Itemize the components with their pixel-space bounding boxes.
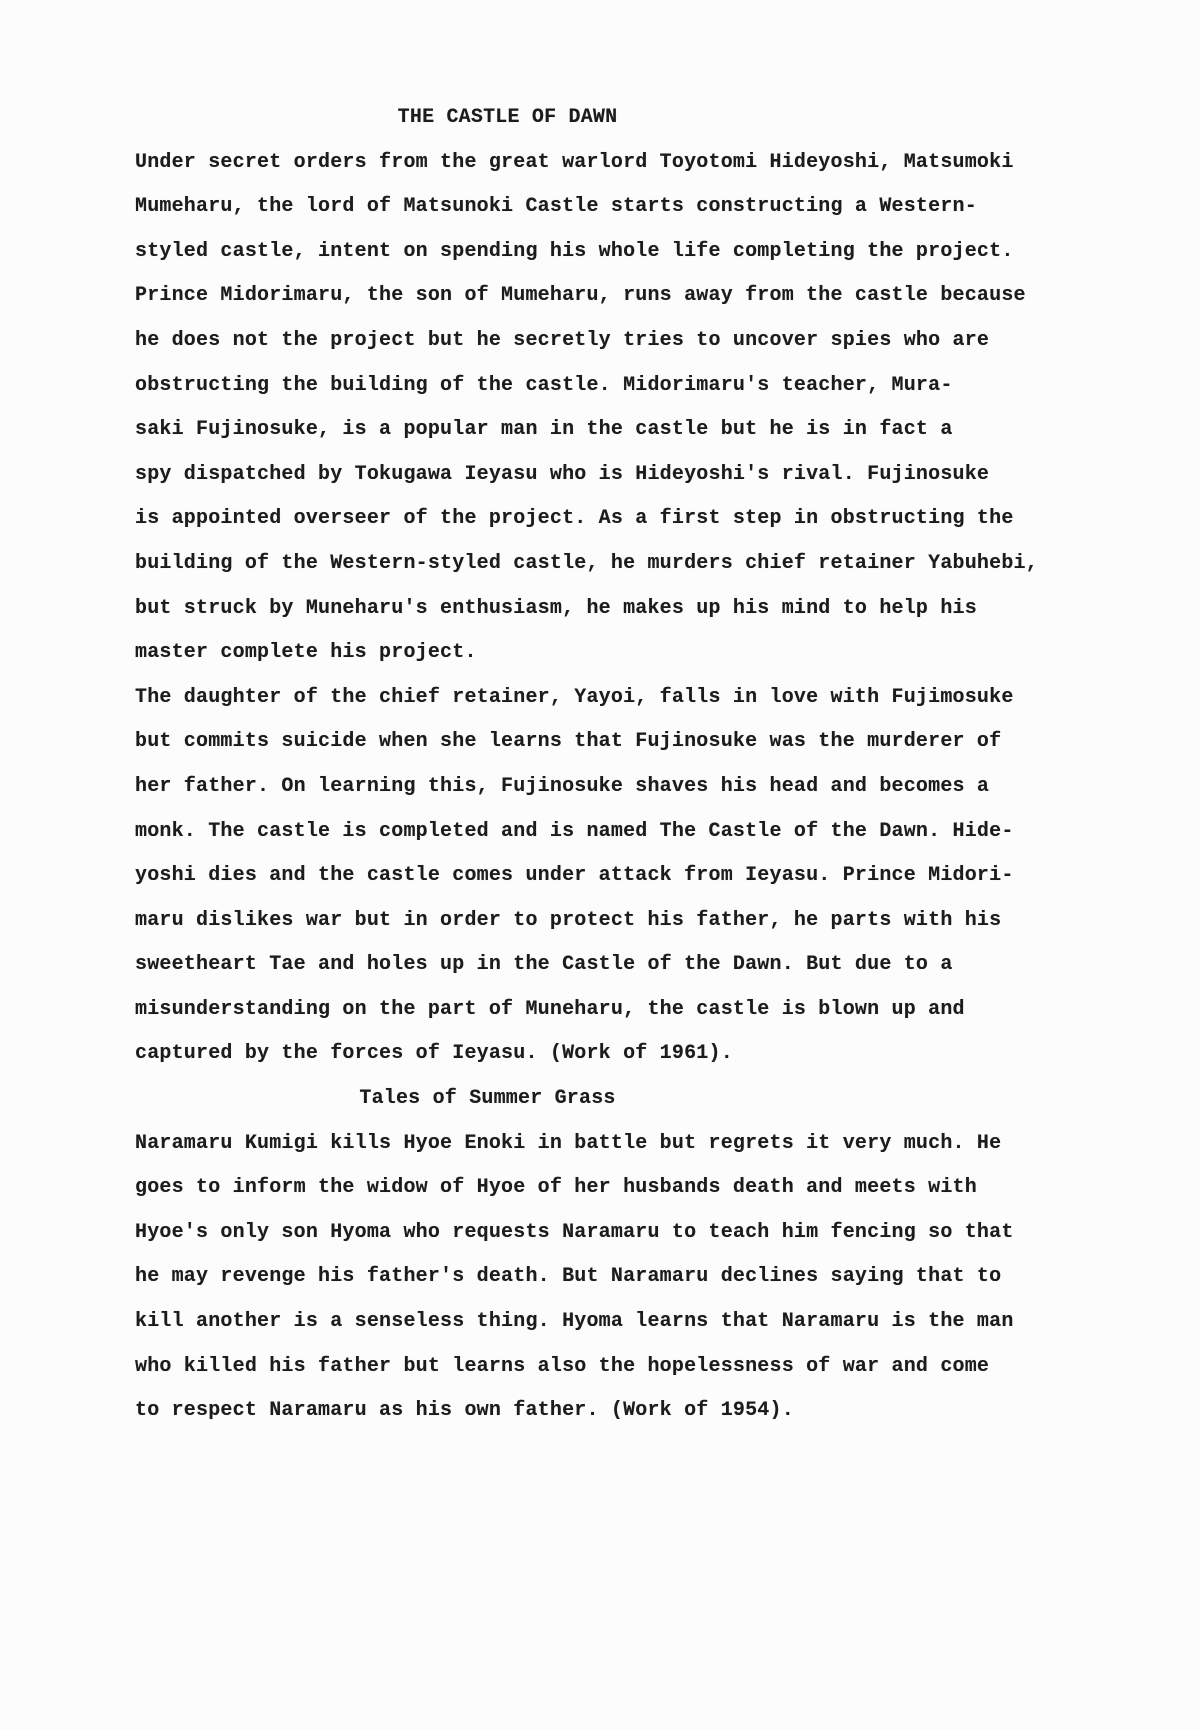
text-line: but struck by Muneharu's enthusiasm, he … xyxy=(135,587,1140,632)
text-line: her father. On learning this, Fujinosuke… xyxy=(135,765,1140,810)
text-line: goes to inform the widow of Hyoe of her … xyxy=(135,1166,1140,1211)
text-line: yoshi dies and the castle comes under at… xyxy=(135,854,1140,899)
text-line: The daughter of the chief retainer, Yayo… xyxy=(135,676,1140,721)
text-line: Naramaru Kumigi kills Hyoe Enoki in batt… xyxy=(135,1122,1140,1167)
text-line: maru dislikes war but in order to protec… xyxy=(135,899,1140,944)
text-line: building of the Western-styled castle, h… xyxy=(135,542,1140,587)
text-line: Mumeharu, the lord of Matsunoki Castle s… xyxy=(135,185,1140,230)
text-line: obstructing the building of the castle. … xyxy=(135,364,1140,409)
text-line: sweetheart Tae and holes up in the Castl… xyxy=(135,943,1140,988)
text-line: kill another is a senseless thing. Hyoma… xyxy=(135,1300,1140,1345)
text-line: styled castle, intent on spending his wh… xyxy=(135,230,1140,275)
text-line: but commits suicide when she learns that… xyxy=(135,720,1140,765)
typewritten-text-block: THE CASTLE OF DAWNUnder secret orders fr… xyxy=(135,96,1140,1434)
text-line: Under secret orders from the great warlo… xyxy=(135,141,1140,186)
text-line: to respect Naramaru as his own father. (… xyxy=(135,1389,1140,1434)
text-line: Hyoe's only son Hyoma who requests Naram… xyxy=(135,1211,1140,1256)
text-line: who killed his father but learns also th… xyxy=(135,1345,1140,1390)
text-line: misunderstanding on the part of Muneharu… xyxy=(135,988,1140,1033)
text-line: Prince Midorimaru, the son of Mumeharu, … xyxy=(135,274,1140,319)
text-line: he does not the project but he secretly … xyxy=(135,319,1140,364)
text-line: spy dispatched by Tokugawa Ieyasu who is… xyxy=(135,453,1140,498)
text-line: master complete his project. xyxy=(135,631,1140,676)
text-line: is appointed overseer of the project. As… xyxy=(135,497,1140,542)
document-page: THE CASTLE OF DAWNUnder secret orders fr… xyxy=(0,0,1200,1730)
text-line: saki Fujinosuke, is a popular man in the… xyxy=(135,408,1140,453)
text-line: captured by the forces of Ieyasu. (Work … xyxy=(135,1032,1140,1077)
text-line: he may revenge his father's death. But N… xyxy=(135,1255,1140,1300)
section-heading: Tales of Summer Grass xyxy=(135,1077,840,1122)
text-line: monk. The castle is completed and is nam… xyxy=(135,810,1140,855)
document-title: THE CASTLE OF DAWN xyxy=(135,96,880,141)
